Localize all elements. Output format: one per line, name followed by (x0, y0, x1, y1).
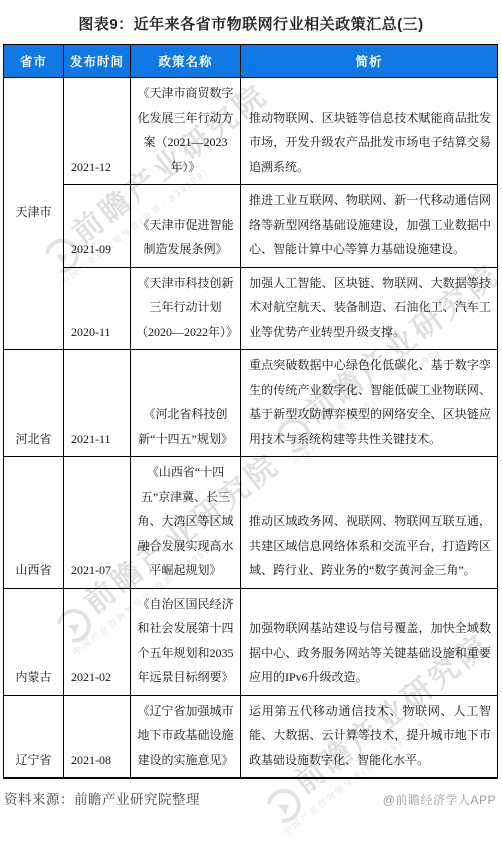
table-row: 2020-11 《天津市科技创新三年行动计划（2020—2022年）》 加强人工… (4, 267, 498, 350)
header-policy: 政策名称 (131, 45, 241, 78)
cell-analysis: 运用第五代移动通信技术、物联网、人工智能、大数据、云计算等技术，提升城市地下市政… (241, 695, 498, 778)
cell-date: 2021-07 (64, 457, 131, 589)
cell-analysis: 推动物联网、区块链等信息技术赋能商品批发市场，开发升级农产品批发市场电子结算交易… (241, 78, 498, 185)
credit-note: @前瞻经济学人APP (383, 791, 496, 808)
cell-policy: 《天津市促进智能制造发展条例》 (131, 185, 241, 268)
table-row: 辽宁省 2021-08 《辽宁省加强城市地下市政基础设施建设的实施意见》 运用第… (4, 695, 498, 778)
cell-date: 2020-11 (64, 267, 131, 350)
cell-date: 2021-11 (64, 350, 131, 457)
cell-policy: 《河北省科技创新“十四五”规划》 (131, 350, 241, 457)
cell-analysis: 加强物联网基站建设与信号覆盖，加快全域数据中心、政务服务网站等关键基础设施和重要… (241, 588, 498, 695)
table-row: 河北省 2021-11 《河北省科技创新“十四五”规划》 重点突破数据中心绿色化… (4, 350, 498, 457)
header-date: 发布时间 (64, 45, 131, 78)
cell-analysis: 加强人工智能、区块链、物联网、大数据等技术对航空航天、装备制造、石油化工、汽车工… (241, 267, 498, 350)
cell-policy: 《天津市科技创新三年行动计划（2020—2022年）》 (131, 267, 241, 350)
cell-analysis: 推动区域政务网、视联网、物联网互联互通，共建区域信息网络体系和交流平台，打造跨区… (241, 457, 498, 589)
source-note: 资料来源：前瞻产业研究院整理 (4, 788, 200, 808)
table-row: 山西省 2021-07 《山西省“十四五”京津冀、长三角、大湾区等区域融合发展实… (4, 457, 498, 589)
cell-policy: 《山西省“十四五”京津冀、长三角、大湾区等区域融合发展实现高水平崛起规划》 (131, 457, 241, 589)
cell-date: 2021-08 (64, 695, 131, 778)
table-row: 天津市 2021-12 《天津市商贸数字化发展三年行动方案（2021—2023年… (4, 78, 498, 185)
page-title: 图表9：近年来各省市物联网行业相关政策汇总(三) (0, 0, 502, 34)
cell-policy: 《自治区国民经济和社会发展第十四个五年规划和2035年远景目标纲要》 (131, 588, 241, 695)
cell-province: 辽宁省 (4, 695, 64, 778)
cell-province: 内蒙古 (4, 588, 64, 695)
table-row: 内蒙古 2021-02 《自治区国民经济和社会发展第十四个五年规划和2035年远… (4, 588, 498, 695)
cell-date: 2021-02 (64, 588, 131, 695)
table-header-row: 省市 发布时间 政策名称 简析 (4, 45, 498, 78)
footer: 资料来源：前瞻产业研究院整理 @前瞻经济学人APP (4, 788, 496, 808)
cell-date: 2021-09 (64, 185, 131, 268)
cell-policy: 《天津市商贸数字化发展三年行动方案（2021—2023年）》 (131, 78, 241, 185)
table-row: 2021-09 《天津市促进智能制造发展条例》 推进工业互联网、物联网、新一代移… (4, 185, 498, 268)
cell-analysis: 推进工业互联网、物联网、新一代移动通信网络等新型网络基础设施建设，加强工业数据中… (241, 185, 498, 268)
header-analysis: 简析 (241, 45, 498, 78)
cell-province: 天津市 (4, 78, 64, 350)
header-province: 省市 (4, 45, 64, 78)
policy-table: 省市 发布时间 政策名称 简析 天津市 2021-12 《天津市商贸数字化发展三… (3, 44, 498, 779)
cell-date: 2021-12 (64, 78, 131, 185)
cell-policy: 《辽宁省加强城市地下市政基础设施建设的实施意见》 (131, 695, 241, 778)
page: 前瞻产业研究院 中国产业咨询领导者(股票：839599) 前瞻产业研究院 中国产… (0, 0, 502, 853)
cell-province: 山西省 (4, 457, 64, 589)
cell-analysis: 重点突破数据中心绿色化低碳化、基于数字孪生的传统产业数字化、智能低碳工业物联网、… (241, 350, 498, 457)
cell-province: 河北省 (4, 350, 64, 457)
